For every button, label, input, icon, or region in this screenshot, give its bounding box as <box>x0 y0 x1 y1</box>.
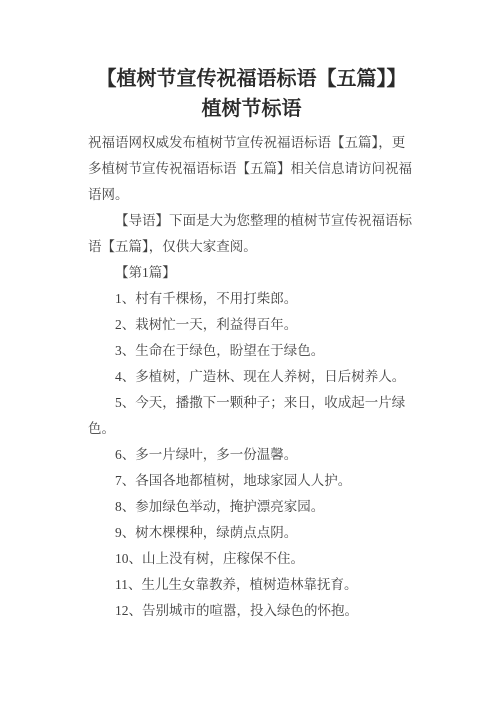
document-title: 【植树节宣传祝福语标语【五篇】】 植树节标语 <box>88 64 415 124</box>
slogan-item: 11、生儿生女靠教养，植树造林靠抚育。 <box>88 572 415 598</box>
document-content: 【植树节宣传祝福语标语【五篇】】 植树节标语 祝福语网权威发布植树节宣传祝福语标… <box>0 0 500 624</box>
slogan-item: 4、多植树，广造林、现在人养树，日后树养人。 <box>88 364 415 390</box>
slogan-item: 7、各国各地都植树，地球家园人人护。 <box>88 468 415 494</box>
slogan-item: 5、今天，播撒下一颗种子；来日，收成起一片绿色。 <box>88 390 415 442</box>
slogan-item: 1、村有千棵杨，不用打柴郎。 <box>88 286 415 312</box>
slogan-item: 2、栽树忙一天，利益得百年。 <box>88 312 415 338</box>
intro-paragraph: 祝福语网权威发布植树节宣传祝福语标语【五篇】，更多植树节宣传祝福语标语【五篇】相… <box>88 130 415 208</box>
document-page: 【植树节宣传祝福语标语【五篇】】 植树节标语 祝福语网权威发布植树节宣传祝福语标… <box>0 0 500 708</box>
slogan-list: 1、村有千棵杨，不用打柴郎。2、栽树忙一天，利益得百年。3、生命在于绿色，盼望在… <box>88 286 415 624</box>
slogan-item: 8、参加绿色举动，掩护漂亮家园。 <box>88 494 415 520</box>
slogan-item: 9、树木棵棵种，绿荫点点阴。 <box>88 520 415 546</box>
slogan-item: 10、山上没有树，庄稼保不住。 <box>88 546 415 572</box>
slogan-item: 3、生命在于绿色，盼望在于绿色。 <box>88 338 415 364</box>
lead-paragraph: 【导语】下面是大为您整理的植树节宣传祝福语标语【五篇】，仅供大家查阅。 <box>88 208 415 260</box>
slogan-item: 12、告别城市的喧嚣，投入绿色的怀抱。 <box>88 598 415 624</box>
document-body: 祝福语网权威发布植树节宣传祝福语标语【五篇】，更多植树节宣传祝福语标语【五篇】相… <box>88 130 415 624</box>
section-heading-part1: 【第1篇】 <box>88 260 415 286</box>
slogan-item: 6、多一片绿叶，多一份温馨。 <box>88 442 415 468</box>
